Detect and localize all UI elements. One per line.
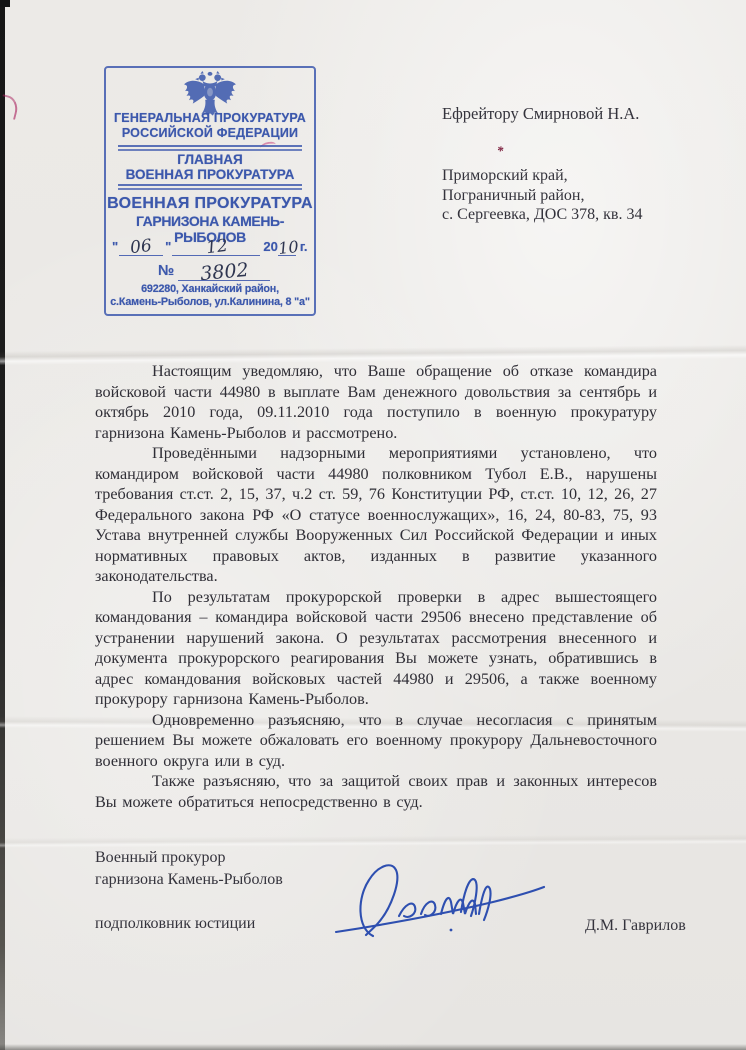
scan-edge-left — [0, 0, 5, 1050]
stamp-date-year-printed: 20 — [263, 239, 277, 254]
body-paragraph: Одновременно разъясняю, что в случае нес… — [95, 710, 657, 772]
addressee-address-line: с. Сергеевка, ДОС 378, кв. 34 — [442, 205, 642, 225]
stamp-date-year-suffix: г. — [300, 239, 308, 254]
body-paragraph: По результатам прокурорской проверки в а… — [95, 587, 657, 710]
addressee-address-line: Пограничный район, — [442, 186, 642, 206]
addressee-address: Приморский край, Пограничный район, с. С… — [442, 166, 642, 225]
signer-position-line2: гарнизона Камень-Рыболов — [95, 871, 283, 889]
stamp-number-row: №3802 — [106, 258, 314, 281]
body-paragraph: Настоящим уведомляю, что Ваше обращение … — [95, 361, 657, 443]
scan-edge-bottom — [0, 1044, 746, 1050]
stamp-divider — [118, 184, 301, 190]
addressee-name: Ефрейтору Смирновой Н.А. — [442, 104, 639, 124]
stamp-dept-line1: ГЛАВНАЯ — [106, 152, 314, 167]
handwritten-number: 3802 — [199, 259, 249, 285]
handwritten-signature — [333, 852, 548, 947]
stamp-org-name: ГЕНЕРАЛЬНАЯ ПРОКУРАТУРА РОССИЙСКОЙ ФЕДЕР… — [106, 111, 314, 140]
stamp-date-year-slot: 10 — [278, 236, 296, 256]
official-stamp: ГЕНЕРАЛЬНАЯ ПРОКУРАТУРА РОССИЙСКОЙ ФЕДЕР… — [104, 66, 316, 316]
stamp-dept-name: ГЛАВНАЯ ВОЕННАЯ ПРОКУРАТУРА — [106, 152, 314, 182]
red-ink-mark: * — [496, 143, 505, 160]
body-paragraph: Проведёнными надзорными мероприятиями ус… — [95, 443, 657, 587]
stamp-address: 692280, Ханкайский район, с.Камень-Рыбол… — [106, 283, 314, 309]
addressee-address-line: Приморский край, — [442, 166, 642, 186]
stamp-date-month-slot: 12 — [172, 235, 260, 256]
stamp-org-line2: РОССИЙСКОЙ ФЕДЕРАЦИИ — [106, 126, 314, 141]
handwritten-month: 12 — [205, 236, 229, 258]
stamp-date-day-slot: 06 — [119, 235, 163, 256]
stamp-date-close-quote: " — [165, 239, 171, 254]
scanned-letter-page: * ГЕНЕРАЛЬНАЯ ПРОКУРАТУРА РОССИЙСКОЙ Ф — [0, 0, 746, 1050]
letter-body: Настоящим уведомляю, что Ваше обращение … — [95, 361, 657, 812]
signer-position-line1: Военный прокурор — [95, 849, 226, 867]
stamp-org-line1: ГЕНЕРАЛЬНАЯ ПРОКУРАТУРА — [106, 111, 314, 126]
stamp-number-label: № — [158, 263, 174, 279]
stamp-address-line2: с.Камень-Рыболов, ул.Калинина, 8 "а" — [106, 296, 314, 309]
stamp-divider — [118, 145, 301, 151]
stamp-date-open-quote: " — [112, 239, 118, 254]
handwritten-year: 10 — [277, 237, 299, 258]
stamp-unit-line1: ВОЕННАЯ ПРОКУРАТУРА — [106, 195, 314, 213]
paper-crease — [0, 834, 746, 848]
red-ink-mark — [0, 94, 20, 120]
stamp-date-row: " 06 " 12 20 10 г. — [110, 232, 310, 256]
body-paragraph: Также разъясняю, что за защитой своих пр… — [95, 771, 657, 812]
signer-rank: подполковник юстиции — [95, 915, 255, 933]
scan-corner-artifact — [0, 0, 10, 7]
handwritten-day: 06 — [129, 236, 153, 258]
stamp-dept-line2: ВОЕННАЯ ПРОКУРАТУРА — [106, 167, 314, 182]
stamp-number-slot: 3802 — [178, 258, 270, 281]
signer-name: Д.М. Гаврилов — [585, 917, 686, 935]
stamp-address-line1: 692280, Ханкайский район, — [106, 283, 314, 296]
